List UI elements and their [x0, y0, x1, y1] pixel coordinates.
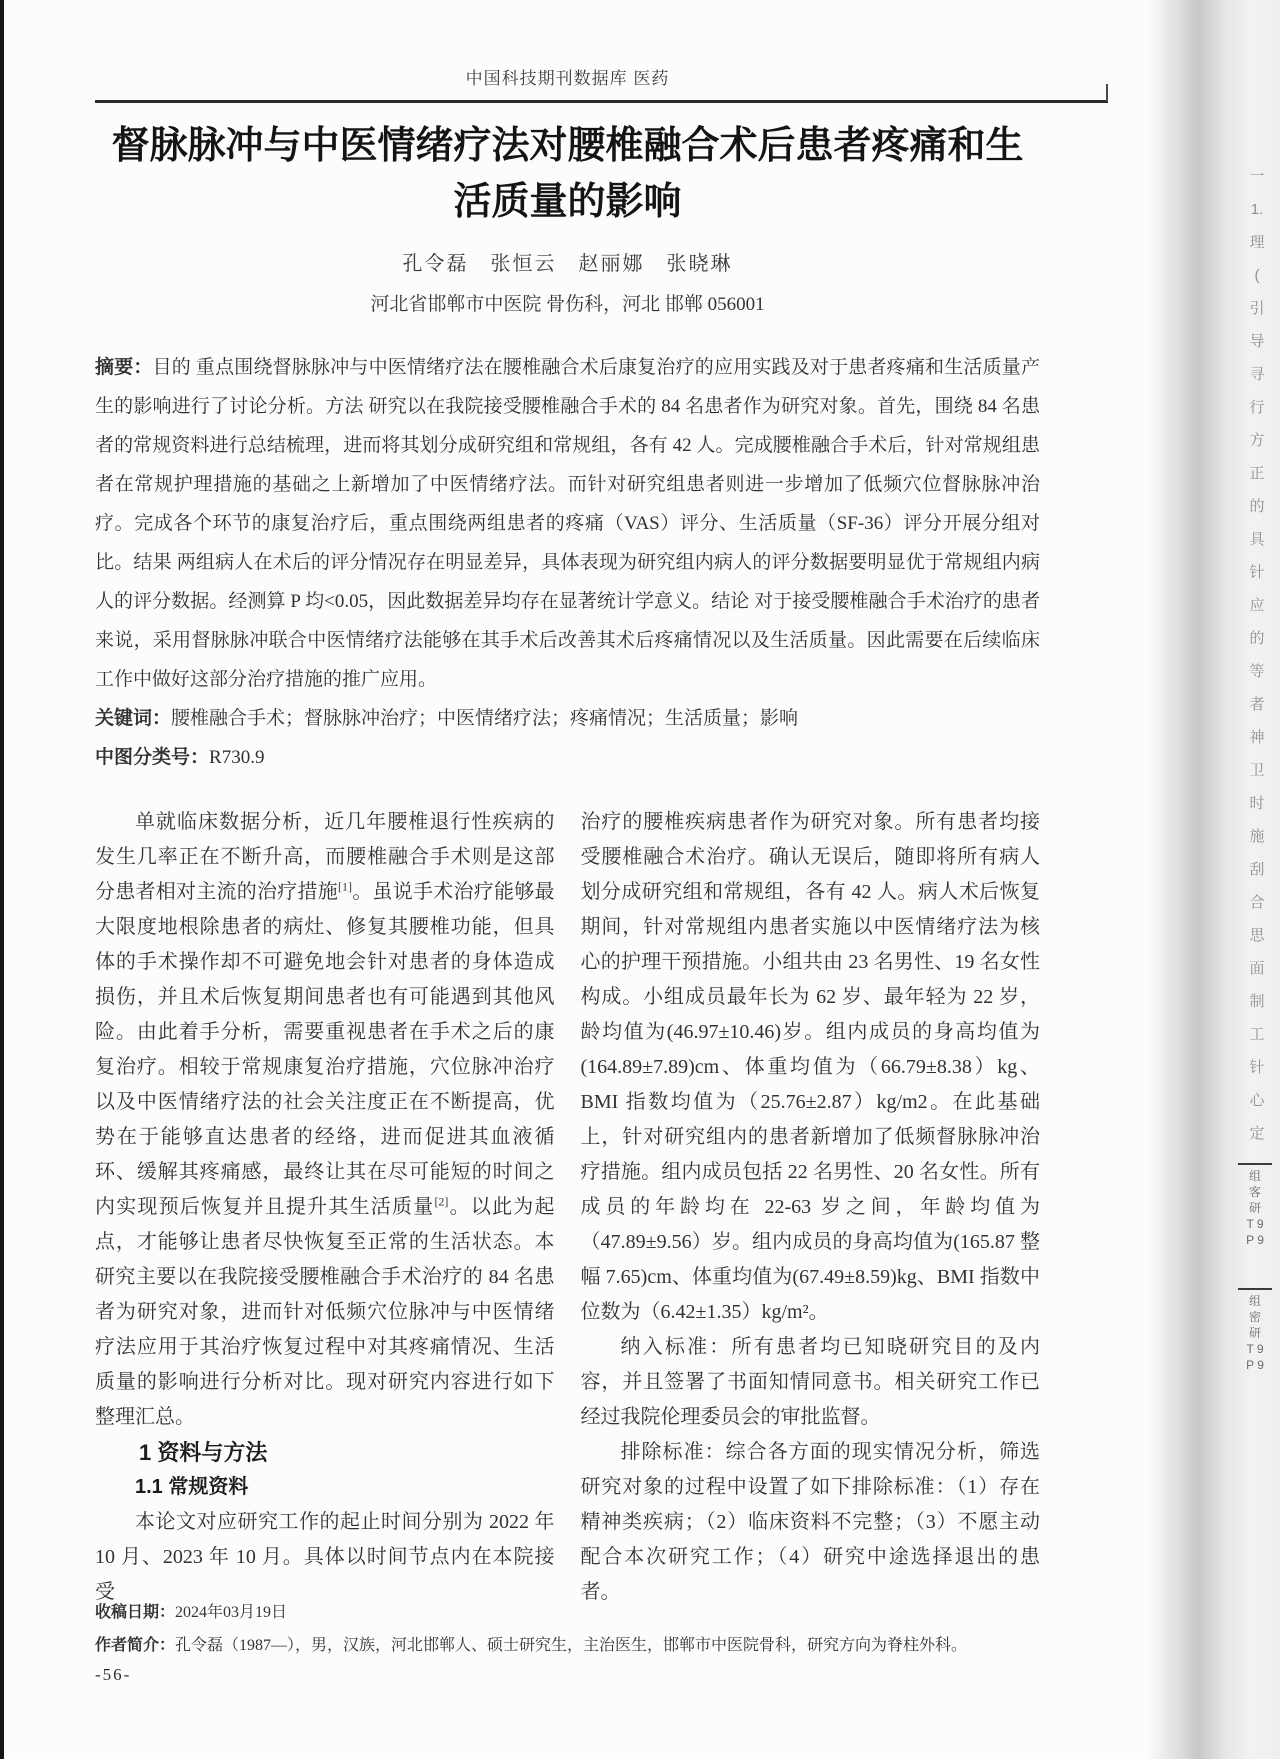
margin-fragment-row: T 9 — [1238, 1216, 1272, 1232]
right-paragraph-3: 排除标准：综合各方面的现实情况分析，筛选研究对象的过程中设置了如下排除标准：（1… — [581, 1435, 1041, 1610]
margin-fragment-row: T 9 — [1238, 1341, 1272, 1357]
margin-glyph: 刮 — [1249, 853, 1264, 886]
abstract-text: 目的 重点围绕督脉脉冲与中医情绪疗法在腰椎融合术后康复治疗的应用实践及对于患者疼… — [95, 357, 1040, 690]
author-bio-label: 作者简介： — [95, 1637, 175, 1654]
margin-glyph: 神 — [1249, 721, 1264, 754]
keywords-text: 腰椎融合手术；督脉脉冲治疗；中医情绪疗法；疼痛情况；生活质量；影响 — [171, 708, 798, 729]
abstract-block: 摘要：目的 重点围绕督脉脉冲与中医情绪疗法在腰椎融合术后康复治疗的应用实践及对于… — [95, 348, 1040, 777]
journal-header: 中国科技期刊数据库 医药 — [95, 64, 1040, 89]
paper-title-line1: 督脉脉冲与中医情绪疗法对腰椎融合术后患者疼痛和生 — [95, 118, 1040, 174]
authors-line: 孔令磊 张恒云 赵丽娜 张晓琳 — [95, 247, 1040, 276]
corner-tick-mark — [1106, 84, 1108, 101]
left-p1-segment-c: 。以此为起点，才能够让患者尽快恢复至正常的生活状态。本研究主要以在我院接受腰椎融… — [95, 1196, 555, 1428]
margin-glyph: 寻 — [1249, 358, 1264, 391]
margin-glyph: 1. — [1251, 193, 1264, 226]
clc-value: R730.9 — [209, 747, 264, 768]
paper-title-line2: 活质量的影响 — [95, 174, 1040, 230]
margin-glyph: 定 — [1249, 1117, 1264, 1150]
header-rule — [95, 100, 1108, 103]
page-content: 中国科技期刊数据库 医药 督脉脉冲与中医情绪疗法对腰椎融合术后患者疼痛和生 活质… — [95, 0, 1040, 1610]
margin-fragment-row: 研 — [1238, 1200, 1272, 1216]
margin-glyph: 导 — [1249, 325, 1264, 358]
body-right-column: 治疗的腰椎疾病患者作为研究对象。所有患者均接受腰椎融合术治疗。确认无误后，随即将… — [581, 805, 1041, 1610]
footer-received-line: 收稿日期：2024年03月19日 — [95, 1596, 1055, 1629]
citation-ref-1: [1] — [338, 879, 352, 893]
abstract-paragraph: 摘要：目的 重点围绕督脉脉冲与中医情绪疗法在腰椎融合术后康复治疗的应用实践及对于… — [95, 348, 1040, 699]
margin-fragment-row: 组 — [1238, 1168, 1272, 1184]
right-paragraph-2: 纳入标准：所有患者均已知晓研究目的及内容，并且签署了书面知情同意书。相关研究工作… — [581, 1330, 1041, 1435]
keywords-line: 关键词：腰椎融合手术；督脉脉冲治疗；中医情绪疗法；疼痛情况；生活质量；影响 — [95, 699, 1040, 738]
page-number: -56- — [95, 1665, 1055, 1685]
margin-glyph: 针 — [1249, 556, 1264, 589]
margin-glyph: 制 — [1249, 985, 1264, 1018]
clc-line: 中图分类号：R730.9 — [95, 738, 1040, 777]
body-left-column: 单就临床数据分析，近几年腰椎退行性疾病的发生几率正在不断升高，而腰椎融合手术则是… — [95, 805, 555, 1610]
scanned-paper-page: 中国科技期刊数据库 医药 督脉脉冲与中医情绪疗法对腰椎融合术后患者疼痛和生 活质… — [0, 0, 1280, 1759]
margin-glyph: ( — [1255, 259, 1260, 292]
margin-glyph: 等 — [1249, 655, 1264, 688]
margin-glyph: 的 — [1249, 490, 1264, 523]
section-heading-1: 1 资料与方法 — [95, 1435, 555, 1470]
margin-glyph: 方 — [1249, 424, 1264, 457]
margin-glyph: 工 — [1249, 1018, 1264, 1051]
margin-fragment-1: 组客研T 9P 9 — [1238, 1163, 1272, 1248]
paper-title: 督脉脉冲与中医情绪疗法对腰椎融合术后患者疼痛和生 活质量的影响 — [95, 118, 1040, 230]
left-p1-segment-b: 。虽说手术治疗能够最大限度地根除患者的病灶、修复其腰椎功能，但具体的手术操作却不… — [95, 881, 555, 1218]
margin-glyph: 一 — [1249, 160, 1264, 193]
margin-fragment-row: P 9 — [1238, 1357, 1272, 1373]
margin-glyph: 的 — [1249, 622, 1264, 655]
margin-glyph: 时 — [1249, 787, 1264, 820]
clc-label: 中图分类号： — [95, 747, 209, 768]
keywords-label: 关键词： — [95, 708, 171, 729]
margin-fragment-row: 密 — [1238, 1309, 1272, 1325]
margin-glyph: 理 — [1249, 226, 1264, 259]
margin-glyph: 卫 — [1249, 754, 1264, 787]
margin-glyph: 正 — [1249, 457, 1264, 490]
margin-glyph: 针 — [1249, 1051, 1264, 1084]
margin-glyph: 合 — [1249, 886, 1264, 919]
margin-glyph: 心 — [1249, 1084, 1264, 1117]
footer-bio-line: 作者简介：孔令磊（1987—），男，汉族，河北邯郸人、硕士研究生，主治医生，邯郸… — [95, 1629, 1055, 1662]
margin-glyph: 面 — [1249, 952, 1264, 985]
author-bio-value: 孔令磊（1987—），男，汉族，河北邯郸人、硕士研究生，主治医生，邯郸市中医院骨… — [175, 1637, 967, 1654]
margin-glyphs-column: 一1.理(引导寻行方正的具针应的等者神卫时施刮合思面制工针心定 — [1244, 160, 1270, 1150]
margin-glyph: 引 — [1249, 292, 1264, 325]
page-left-edge-line — [0, 0, 4, 1759]
margin-glyph: 行 — [1249, 391, 1264, 424]
received-date-label: 收稿日期： — [95, 1604, 175, 1621]
margin-glyph: 应 — [1249, 589, 1264, 622]
left-paragraph-2: 本论文对应研究工作的起止时间分别为 2022 年 10 月、2023 年 10 … — [95, 1505, 555, 1610]
body-columns: 单就临床数据分析，近几年腰椎退行性疾病的发生几率正在不断升高，而腰椎融合手术则是… — [95, 805, 1040, 1610]
left-paragraph-1: 单就临床数据分析，近几年腰椎退行性疾病的发生几率正在不断升高，而腰椎融合手术则是… — [95, 805, 555, 1435]
margin-glyph: 思 — [1249, 919, 1264, 952]
right-paragraph-1: 治疗的腰椎疾病患者作为研究对象。所有患者均接受腰椎融合术治疗。确认无误后，随即将… — [581, 805, 1041, 1330]
margin-fragment-2: 组密研T 9P 9 — [1238, 1288, 1272, 1373]
section-heading-1-1: 1.1 常规资料 — [95, 1470, 555, 1505]
margin-glyph: 施 — [1249, 820, 1264, 853]
margin-glyph: 具 — [1249, 523, 1264, 556]
received-date-value: 2024年03月19日 — [175, 1604, 287, 1621]
citation-ref-2: [2] — [434, 1194, 448, 1208]
margin-fragment-row: 组 — [1238, 1293, 1272, 1309]
affiliation-line: 河北省邯郸市中医院 骨伤科，河北 邯郸 056001 — [95, 289, 1040, 316]
margin-fragment-row: 客 — [1238, 1184, 1272, 1200]
margin-glyph: 者 — [1249, 688, 1264, 721]
abstract-label: 摘要： — [95, 357, 153, 378]
margin-fragment-row: P 9 — [1238, 1232, 1272, 1248]
page-footer: 收稿日期：2024年03月19日 作者简介：孔令磊（1987—），男，汉族，河北… — [95, 1596, 1055, 1685]
margin-fragment-row: 研 — [1238, 1325, 1272, 1341]
